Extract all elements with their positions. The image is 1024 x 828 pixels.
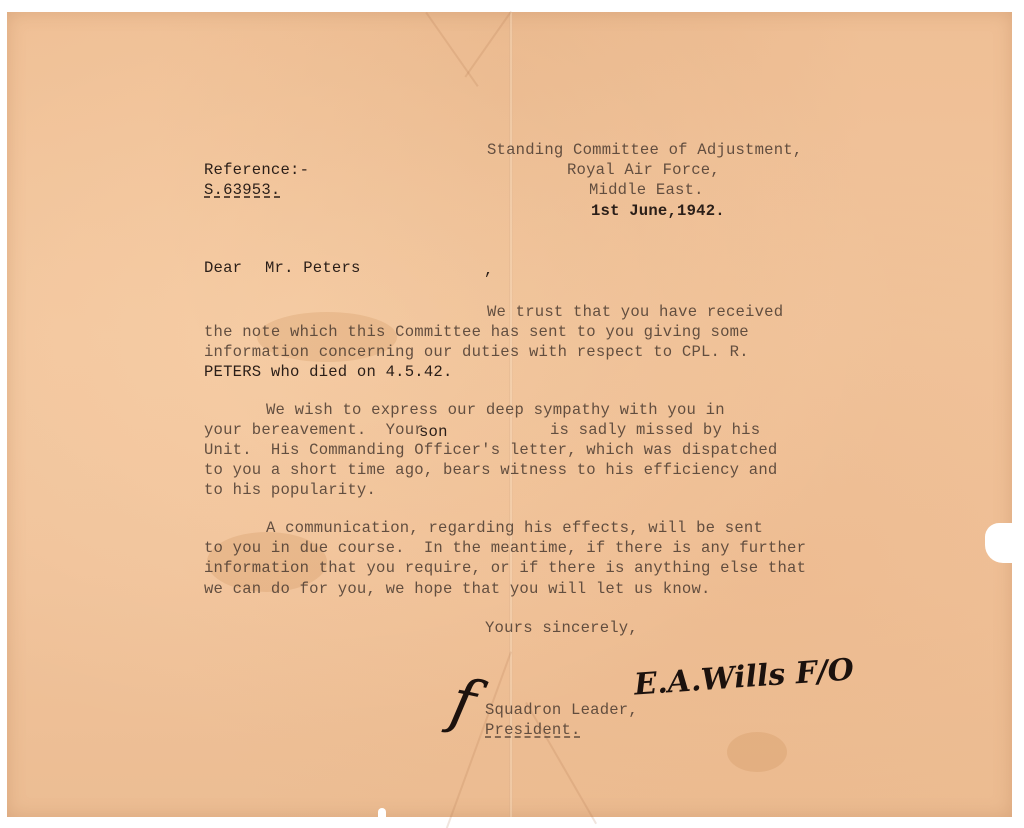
paragraph2-line: We wish to express our deep sympathy wit… (266, 401, 725, 419)
diagonal-crease (425, 12, 478, 87)
reference-label: Reference:- (204, 161, 309, 179)
paragraph1-line: PETERS who died on 4.5.42. (204, 363, 453, 381)
paragraph2-line: to you a short time ago, bears witness t… (204, 461, 777, 479)
paragraph3-line: information that you require, or if ther… (204, 559, 806, 577)
paragraph1-line: information concerning our duties with r… (204, 343, 749, 361)
paper-stain (727, 732, 787, 772)
letterhead-region: Middle East. (589, 181, 704, 199)
relation-word: son (419, 423, 448, 441)
letter-date: 1st June,1942. (591, 202, 725, 220)
paragraph2-line: is sadly missed by his (550, 421, 760, 439)
reference-number: S.63953. (204, 181, 280, 199)
torn-edge (378, 808, 386, 820)
recipient-name: Mr. Peters (265, 259, 361, 277)
signatory-rank: Squadron Leader, (485, 701, 638, 719)
paragraph1-line: We trust that you have received (487, 303, 783, 321)
letterhead-raf: Royal Air Force, (567, 161, 720, 179)
torn-notch (985, 523, 1015, 563)
paragraph3-line: to you in due course. In the meantime, i… (204, 539, 806, 557)
salutation-greeting: Dear (204, 259, 242, 277)
paragraph2-line: your bereavement. Your (204, 421, 424, 439)
paragraph1-line: the note which this Committee has sent t… (204, 323, 749, 341)
salutation-comma: , (484, 261, 494, 279)
paragraph2-line: Unit. His Commanding Officer's letter, w… (204, 441, 777, 459)
diagonal-crease (464, 11, 512, 78)
valediction: Yours sincerely, (485, 619, 638, 637)
letterhead-committee: Standing Committee of Adjustment, (487, 141, 802, 159)
signatory-role: President. (485, 721, 581, 739)
paragraph2-line: to his popularity. (204, 481, 376, 499)
paragraph3-line: we can do for you, we hope that you will… (204, 580, 711, 598)
paragraph3-line: A communication, regarding his effects, … (266, 519, 763, 537)
